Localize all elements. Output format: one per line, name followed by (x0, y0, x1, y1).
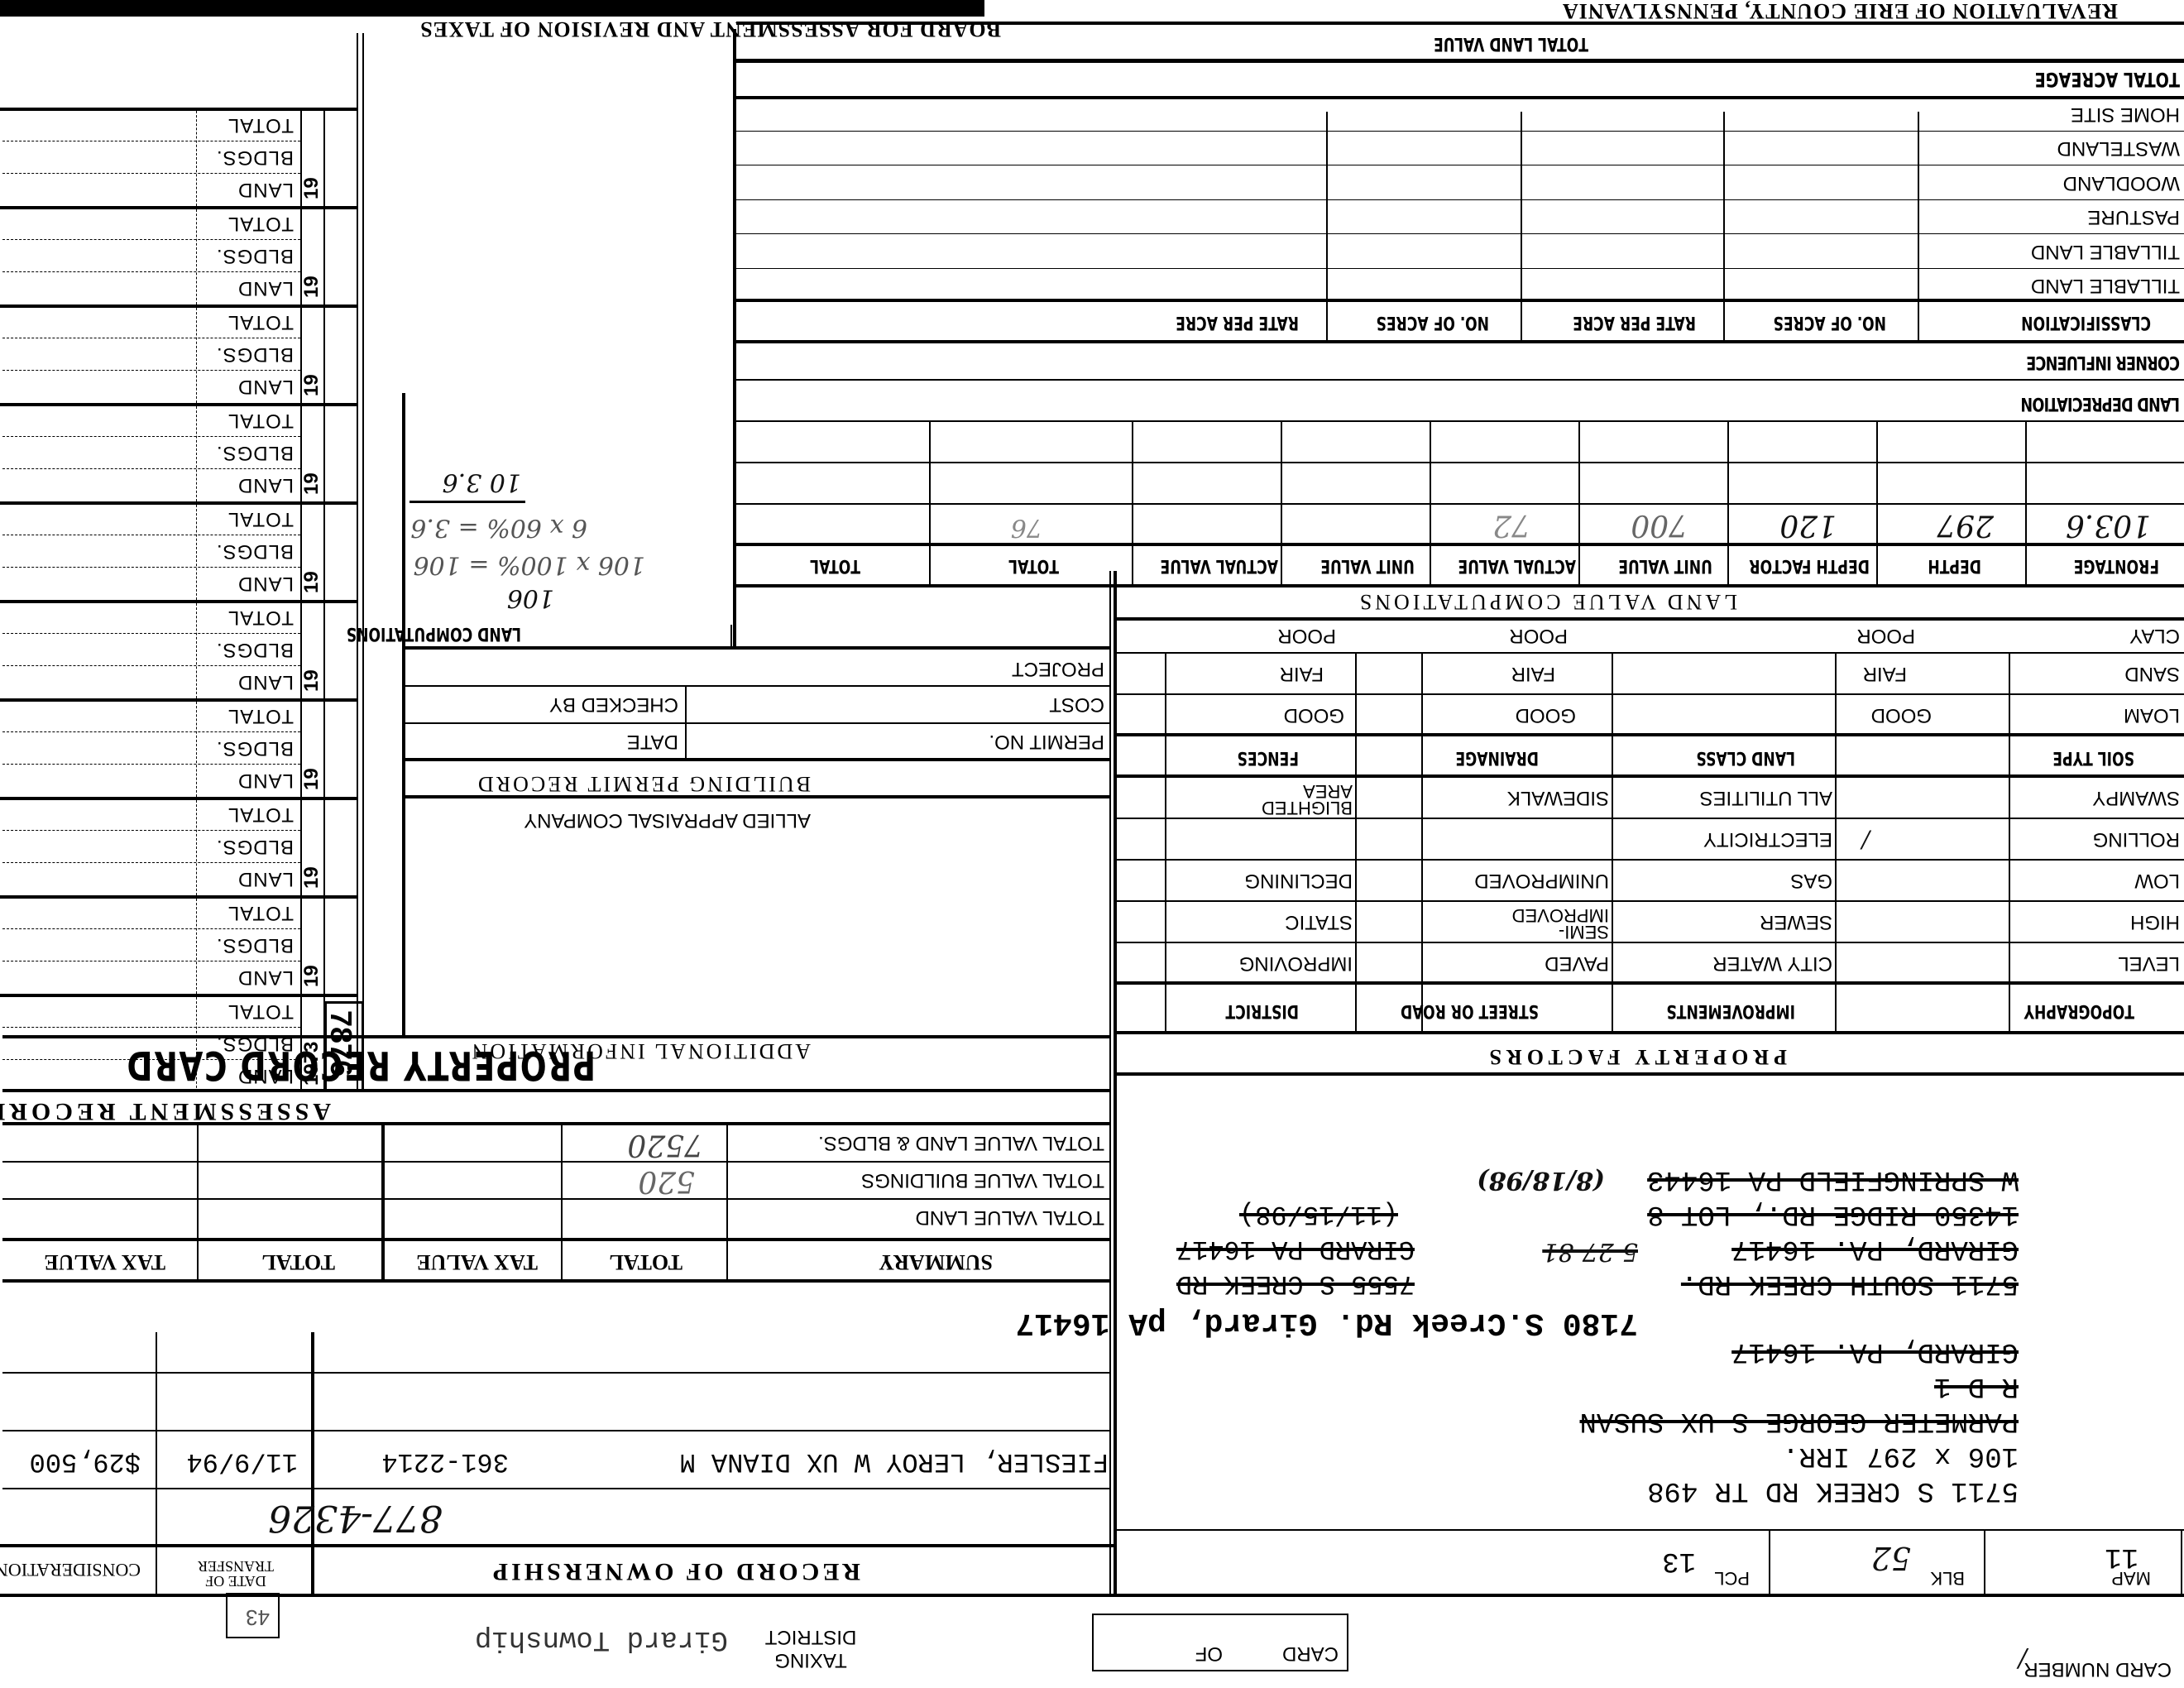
permit-cost-label: COST (1049, 693, 1104, 716)
factor-item[interactable]: DECLINING (1244, 869, 1353, 892)
address-line-struck: 7555 S CREEK RD (1176, 1268, 1415, 1299)
assessment-year-block: 19LANDBLDGS.TOTAL (0, 108, 358, 206)
assessment-row-label: LAND (237, 375, 294, 398)
taxing-district-label: TAXING DISTRICT (753, 1625, 869, 1671)
pcl-value: 13 (1662, 1545, 1696, 1576)
taxing-district-value: Girard Township (475, 1623, 728, 1655)
factor-item[interactable]: CITY WATER (1712, 952, 1832, 975)
factor-item[interactable]: HIGH (2130, 910, 2180, 933)
land-computations-title: LAND COMPUTATIONS (347, 623, 521, 644)
summary-header: TAX VALUE (44, 1249, 165, 1274)
total-land-value-label: TOTAL LAND VALUE (1434, 33, 1588, 54)
assessment-row-label: LAND (237, 473, 294, 496)
summary-header: TOTAL (261, 1249, 335, 1274)
date-of-transfer-label: DATE OF TRANSFER (170, 1559, 302, 1589)
land-value-header: TOTAL (1008, 555, 1059, 576)
factor-item[interactable]: GAS (1790, 869, 1832, 892)
drainage-item[interactable]: GOOD (1516, 703, 1576, 727)
frontage-value: 103.6 (2066, 508, 2151, 542)
card-number-label: CARD NUMBER (2024, 1658, 2172, 1680)
assessment-row-label: TOTAL (227, 803, 294, 826)
blk-value: 52 (1871, 1540, 1911, 1576)
factor-header: STREET OR ROAD (1401, 1000, 1539, 1021)
card-of-box: CARD OF (1092, 1614, 1348, 1671)
actual-value: 72 (1492, 508, 1530, 542)
soil-item[interactable]: SAND (2124, 662, 2180, 685)
year-prefix-cell[interactable]: 19 (300, 505, 325, 600)
acreage-row: TOTAL ACREAGE (736, 62, 2184, 96)
soil-item[interactable]: CLAY (2129, 624, 2180, 647)
assessment-row-label: TOTAL (227, 310, 294, 333)
year-prefix-cell[interactable]: 19 (300, 406, 325, 501)
card-number-value: / (2019, 1644, 2027, 1673)
summary-header: TOTAL (609, 1249, 682, 1274)
acreage-row: PASTURE (736, 199, 2184, 233)
address-line-struck: R D 1 (1934, 1370, 2019, 1402)
assessment-row-label: TOTAL (227, 212, 294, 235)
factor-item[interactable]: PAVED (1545, 952, 1609, 975)
assessment-row-label: LAND (237, 670, 294, 693)
assessment-row-label: TOTAL (227, 704, 294, 727)
summary-row-label: TOTAL VALUE BUILDINGS (861, 1168, 1104, 1192)
acreage-header: CLASSIFICATION (2021, 312, 2151, 333)
assessment-year-block: 19LANDBLDGS.TOTAL (0, 403, 358, 501)
factor-item[interactable]: SEWER (1760, 910, 1832, 933)
assessment-blocks: 1973LANDBLDGS.TOTAL19LANDBLDGS.TOTAL19LA… (0, 33, 358, 1092)
card-of-of-label: OF (1195, 1642, 1223, 1665)
assessment-year-block: 19LANDBLDGS.TOTAL (0, 501, 358, 600)
property-factors-title: PROPERTY FACTORS (1485, 1044, 1787, 1069)
assessment-year-block: 19LANDBLDGS.TOTAL (0, 797, 358, 895)
assessment-row-label: LAND (237, 769, 294, 792)
pcl-label: PCL (1714, 1567, 1750, 1589)
address-line: 5711 S CREEK RD TR 498 (1647, 1475, 2019, 1506)
fences-item[interactable]: FAIR (1280, 662, 1324, 685)
assessment-row-label: BLDGS. (216, 835, 294, 858)
factor-header: TOPOGRAPHY (2024, 1000, 2134, 1021)
factor-item[interactable]: IMPROVING (1239, 952, 1353, 975)
address-line-struck: W SPRINGFIELD PA 16443 (1647, 1163, 2019, 1195)
year-prefix-cell[interactable]: 19 (300, 603, 325, 698)
total-value: 76 (1011, 513, 1042, 542)
fences-item[interactable]: POOR (1277, 624, 1336, 647)
acreage-row-label: WOODLAND (2063, 171, 2180, 194)
address-line-struck: PARMETER GEORGE S UX SUSAN (1580, 1405, 2019, 1436)
ownership-title: RECORD OF OWNERSHIP (490, 1557, 860, 1585)
address-line-struck: GIRARD PA 16417 (1176, 1234, 1415, 1264)
soil-header: DRAINAGE (1455, 747, 1539, 768)
acreage-row-label: PASTURE (2087, 205, 2180, 228)
assessment-row-label: LAND (237, 867, 294, 890)
year-prefix-cell[interactable]: 1973 (300, 997, 325, 1092)
address-line-struck: 5711 SOUTH CREEK RD. (1681, 1268, 2019, 1299)
assessment-row-label: BLDGS. (216, 1032, 294, 1055)
depth-factor-value: 120 (1779, 508, 1837, 542)
factor-item[interactable]: SEMI-IMPROVED (1477, 907, 1609, 940)
year-prefix-cell[interactable]: 19 (300, 308, 325, 403)
factor-item[interactable]: SWAMPY (2092, 786, 2180, 809)
assessment-row-label: LAND (237, 178, 294, 201)
assessment-row-label: TOTAL (227, 1000, 294, 1023)
land-computation-result: 10 3.6 (443, 468, 521, 496)
stamp-box: 43 (226, 1593, 280, 1638)
land-value-header: ACTUAL VALUE (1160, 555, 1278, 576)
acreage-rows: TILLABLE LANDTILLABLE LANDPASTUREWOODLAN… (736, 62, 2184, 302)
building-permit-title: BUILDING PERMIT RECORD (476, 771, 811, 796)
assessment-row-label: BLDGS. (216, 343, 294, 366)
land-value-header: UNIT VALUE (1618, 555, 1712, 576)
acreage-row: HOME SITE (736, 96, 2184, 130)
permit-checked-by-label: CHECKED BY (549, 693, 678, 716)
acreage-row-label: WASTELAND (2057, 137, 2180, 160)
top-black-bar (0, 0, 984, 17)
land-computation-line: 106 (507, 583, 554, 612)
factor-item[interactable]: STATIC (1285, 910, 1353, 933)
corner-influence-label: CORNER INFLUENCE (2027, 352, 2180, 372)
depth-value: 297 (1937, 508, 1994, 542)
assessment-year-block: 19LANDBLDGS.TOTAL (0, 600, 358, 698)
total-acreage-label: TOTAL ACREAGE (2035, 68, 2180, 91)
assessment-row-label: BLDGS. (216, 441, 294, 464)
factor-item[interactable]: UNIMPROVED (1474, 869, 1609, 892)
assessment-record-title: ASSESSMENT RECORD (0, 1097, 331, 1125)
card-of-label: CARD (1282, 1642, 1339, 1665)
assessment-row-label: BLDGS. (216, 539, 294, 563)
land-value-header: TOTAL (810, 555, 860, 576)
acreage-header: NO. OF ACRES (1376, 312, 1489, 333)
assessment-year-block: 19LANDBLDGS.TOTAL (0, 305, 358, 403)
acreage-row-label: HOME SITE (2071, 103, 2180, 126)
summary-row-label: TOTAL VALUE LAND (915, 1206, 1104, 1229)
owner-name[interactable]: FIESLER, LEROY W UX DIANA M (680, 1446, 1109, 1477)
fences-item[interactable]: GOOD (1284, 703, 1344, 727)
assessment-year-block: 19LANDBLDGS.TOTAL (0, 895, 358, 994)
property-address-block: 5711 S CREEK RD TR 498 106 x 297 IRR. PA… (1125, 1076, 2101, 1506)
land-value-header: DEPTH (1928, 555, 1981, 576)
soil-header: FENCES (1238, 747, 1299, 768)
acreage-header: RATE PER ACRE (1176, 312, 1299, 333)
unit-value: 700 (1631, 508, 1688, 542)
acreage-row: WOODLAND (736, 165, 2184, 199)
summary-header: SUMMARY (879, 1249, 993, 1274)
appraisal-company: ALLIED APPRAISAL COMPANY (524, 808, 811, 832)
deed-reference: 361-2214 (381, 1446, 509, 1477)
factor-item[interactable]: LEVEL (2118, 952, 2180, 975)
additional-info-title: ADDITIONAL INFORMATION (470, 1038, 811, 1063)
consideration-label: CONSIDERATION (0, 1559, 141, 1580)
factor-item[interactable]: LOW (2134, 869, 2180, 892)
year-prefix-cell[interactable]: 19 (300, 702, 325, 797)
permit-project-label: PROJECT (1012, 657, 1104, 680)
summary-total-buildings: 520 (638, 1164, 695, 1198)
acreage-header: NO. OF ACRES (1773, 312, 1886, 333)
permit-no-label: PERMIT NO. (989, 730, 1104, 753)
assessment-row-label: TOTAL (227, 606, 294, 629)
assessment-row-label: BLDGS. (216, 244, 294, 267)
drainage-item[interactable]: POOR (1509, 624, 1568, 647)
factor-item[interactable]: BLIGHTED AREA (1237, 783, 1353, 816)
acreage-row: WASTELAND (736, 131, 2184, 165)
transfer-date: 11/9/94 (187, 1446, 298, 1477)
address-line-struck: GIRARD, PA. 16417 (1731, 1336, 2019, 1367)
factor-item-electricity[interactable]: ELECTRICITY (1703, 827, 1832, 851)
assessment-row-label: TOTAL (227, 113, 294, 137)
assessment-row-label: LAND (237, 1064, 294, 1087)
soil-header: LAND CLASS (1696, 747, 1795, 768)
acreage-header: RATE PER ACRE (1573, 312, 1696, 333)
address-line: 106 x 297 IRR. (1782, 1440, 2019, 1471)
assessment-year-block: 1973LANDBLDGS.TOTAL (0, 994, 358, 1092)
land-class-item[interactable]: FAIR (1863, 662, 1907, 685)
current-address[interactable]: 7180 S.Creek Rd. Girard, pA 16417 (1015, 1305, 1638, 1340)
soil-item[interactable]: LOAM (2124, 703, 2180, 727)
assessment-row-label: BLDGS. (216, 933, 294, 957)
assessment-row-label: BLDGS. (216, 146, 294, 169)
factor-item[interactable]: SIDEWALK (1507, 786, 1609, 809)
assessment-row-label: LAND (237, 276, 294, 300)
land-computation-line: 106 x 100% = 106 (414, 550, 646, 579)
assessment-row-label: LAND (237, 966, 294, 989)
acreage-row-label: TILLABLE LAND (2031, 240, 2180, 263)
land-value-header: UNIT VALUE (1320, 555, 1415, 576)
blk-label: BLK (1930, 1567, 1965, 1589)
factor-header: DISTRICT (1225, 1000, 1299, 1021)
land-value-header: FRONTAGE (2074, 555, 2159, 576)
county-title: REVALUATION OF ERIE COUNTY, PENNSYLVANIA (1562, 0, 2118, 23)
year-prefix-cell[interactable]: 19 (300, 899, 325, 994)
land-computation-line: 6 x 60% = 3.6 (410, 513, 587, 542)
handwritten-date: (8/18/98) (1477, 1166, 1605, 1195)
factor-item[interactable]: ALL UTILITIES (1700, 786, 1833, 809)
factor-header: IMPROVEMENTS (1666, 1000, 1795, 1021)
summary-row-label: TOTAL VALUE LAND & BLDGS. (818, 1131, 1104, 1154)
assessment-row-label: BLDGS. (216, 638, 294, 661)
land-value-title: LAND VALUE COMPUTATIONS (1357, 589, 1737, 614)
land-class-item[interactable]: POOR (1856, 624, 1915, 647)
permit-date-label: DATE (627, 730, 678, 753)
property-record-card: CARD NUMBER / CARD OF TAXING DISTRICT Gi… (0, 0, 2184, 1688)
map-value: 11 (2105, 1541, 2138, 1572)
land-depreciation-label: LAND DEPRECIATION (2021, 393, 2180, 414)
board-title: BOARD FOR ASSESSMENT AND REVISION OF TAX… (419, 17, 1001, 41)
address-line-struck: GIRARD, PA. 16417 (1731, 1233, 2019, 1264)
electricity-check-mark: / (1862, 827, 1870, 854)
assessment-row-label: BLDGS. (216, 736, 294, 760)
drainage-item[interactable]: FAIR (1511, 662, 1555, 685)
factor-item[interactable]: ROLLING (2093, 827, 2180, 851)
assessment-year-block: 19LANDBLDGS.TOTAL (0, 206, 358, 305)
assessment-year-block: 19LANDBLDGS.TOTAL (0, 698, 358, 797)
land-class-item[interactable]: GOOD (1871, 703, 1932, 727)
land-value-header: DEPTH FACTOR (1749, 555, 1870, 576)
consideration-value: $29,500 (30, 1446, 141, 1477)
assessment-row-label: TOTAL (227, 409, 294, 432)
assessment-row-label: LAND (237, 572, 294, 595)
assessment-row-label: TOTAL (227, 901, 294, 924)
year-prefix-cell[interactable]: 19 (300, 800, 325, 895)
summary-total-land-bldgs: 7520 (627, 1128, 703, 1162)
land-value-header: ACTUAL VALUE (1458, 555, 1576, 576)
acreage-row: TILLABLE LAND (736, 268, 2184, 302)
year-prefix-cell[interactable]: 19 (300, 111, 325, 206)
assessment-row-label: TOTAL (227, 507, 294, 530)
acreage-row-label: TILLABLE LAND (2031, 274, 2180, 297)
soil-header: SOIL TYPE (2052, 747, 2134, 768)
summary-header: TAX VALUE (416, 1249, 538, 1274)
handwritten-date: 5-27-81 (1542, 1237, 1638, 1266)
acreage-row: TILLABLE LAND (736, 233, 2184, 267)
address-line-struck: (11/15/98) (1239, 1199, 1398, 1230)
address-line-struck: 14350 RIDGE RD., LOT 8 (1647, 1198, 2019, 1230)
phone-handwritten: 877-4326 (268, 1497, 443, 1539)
year-prefix-cell[interactable]: 19 (300, 209, 325, 305)
